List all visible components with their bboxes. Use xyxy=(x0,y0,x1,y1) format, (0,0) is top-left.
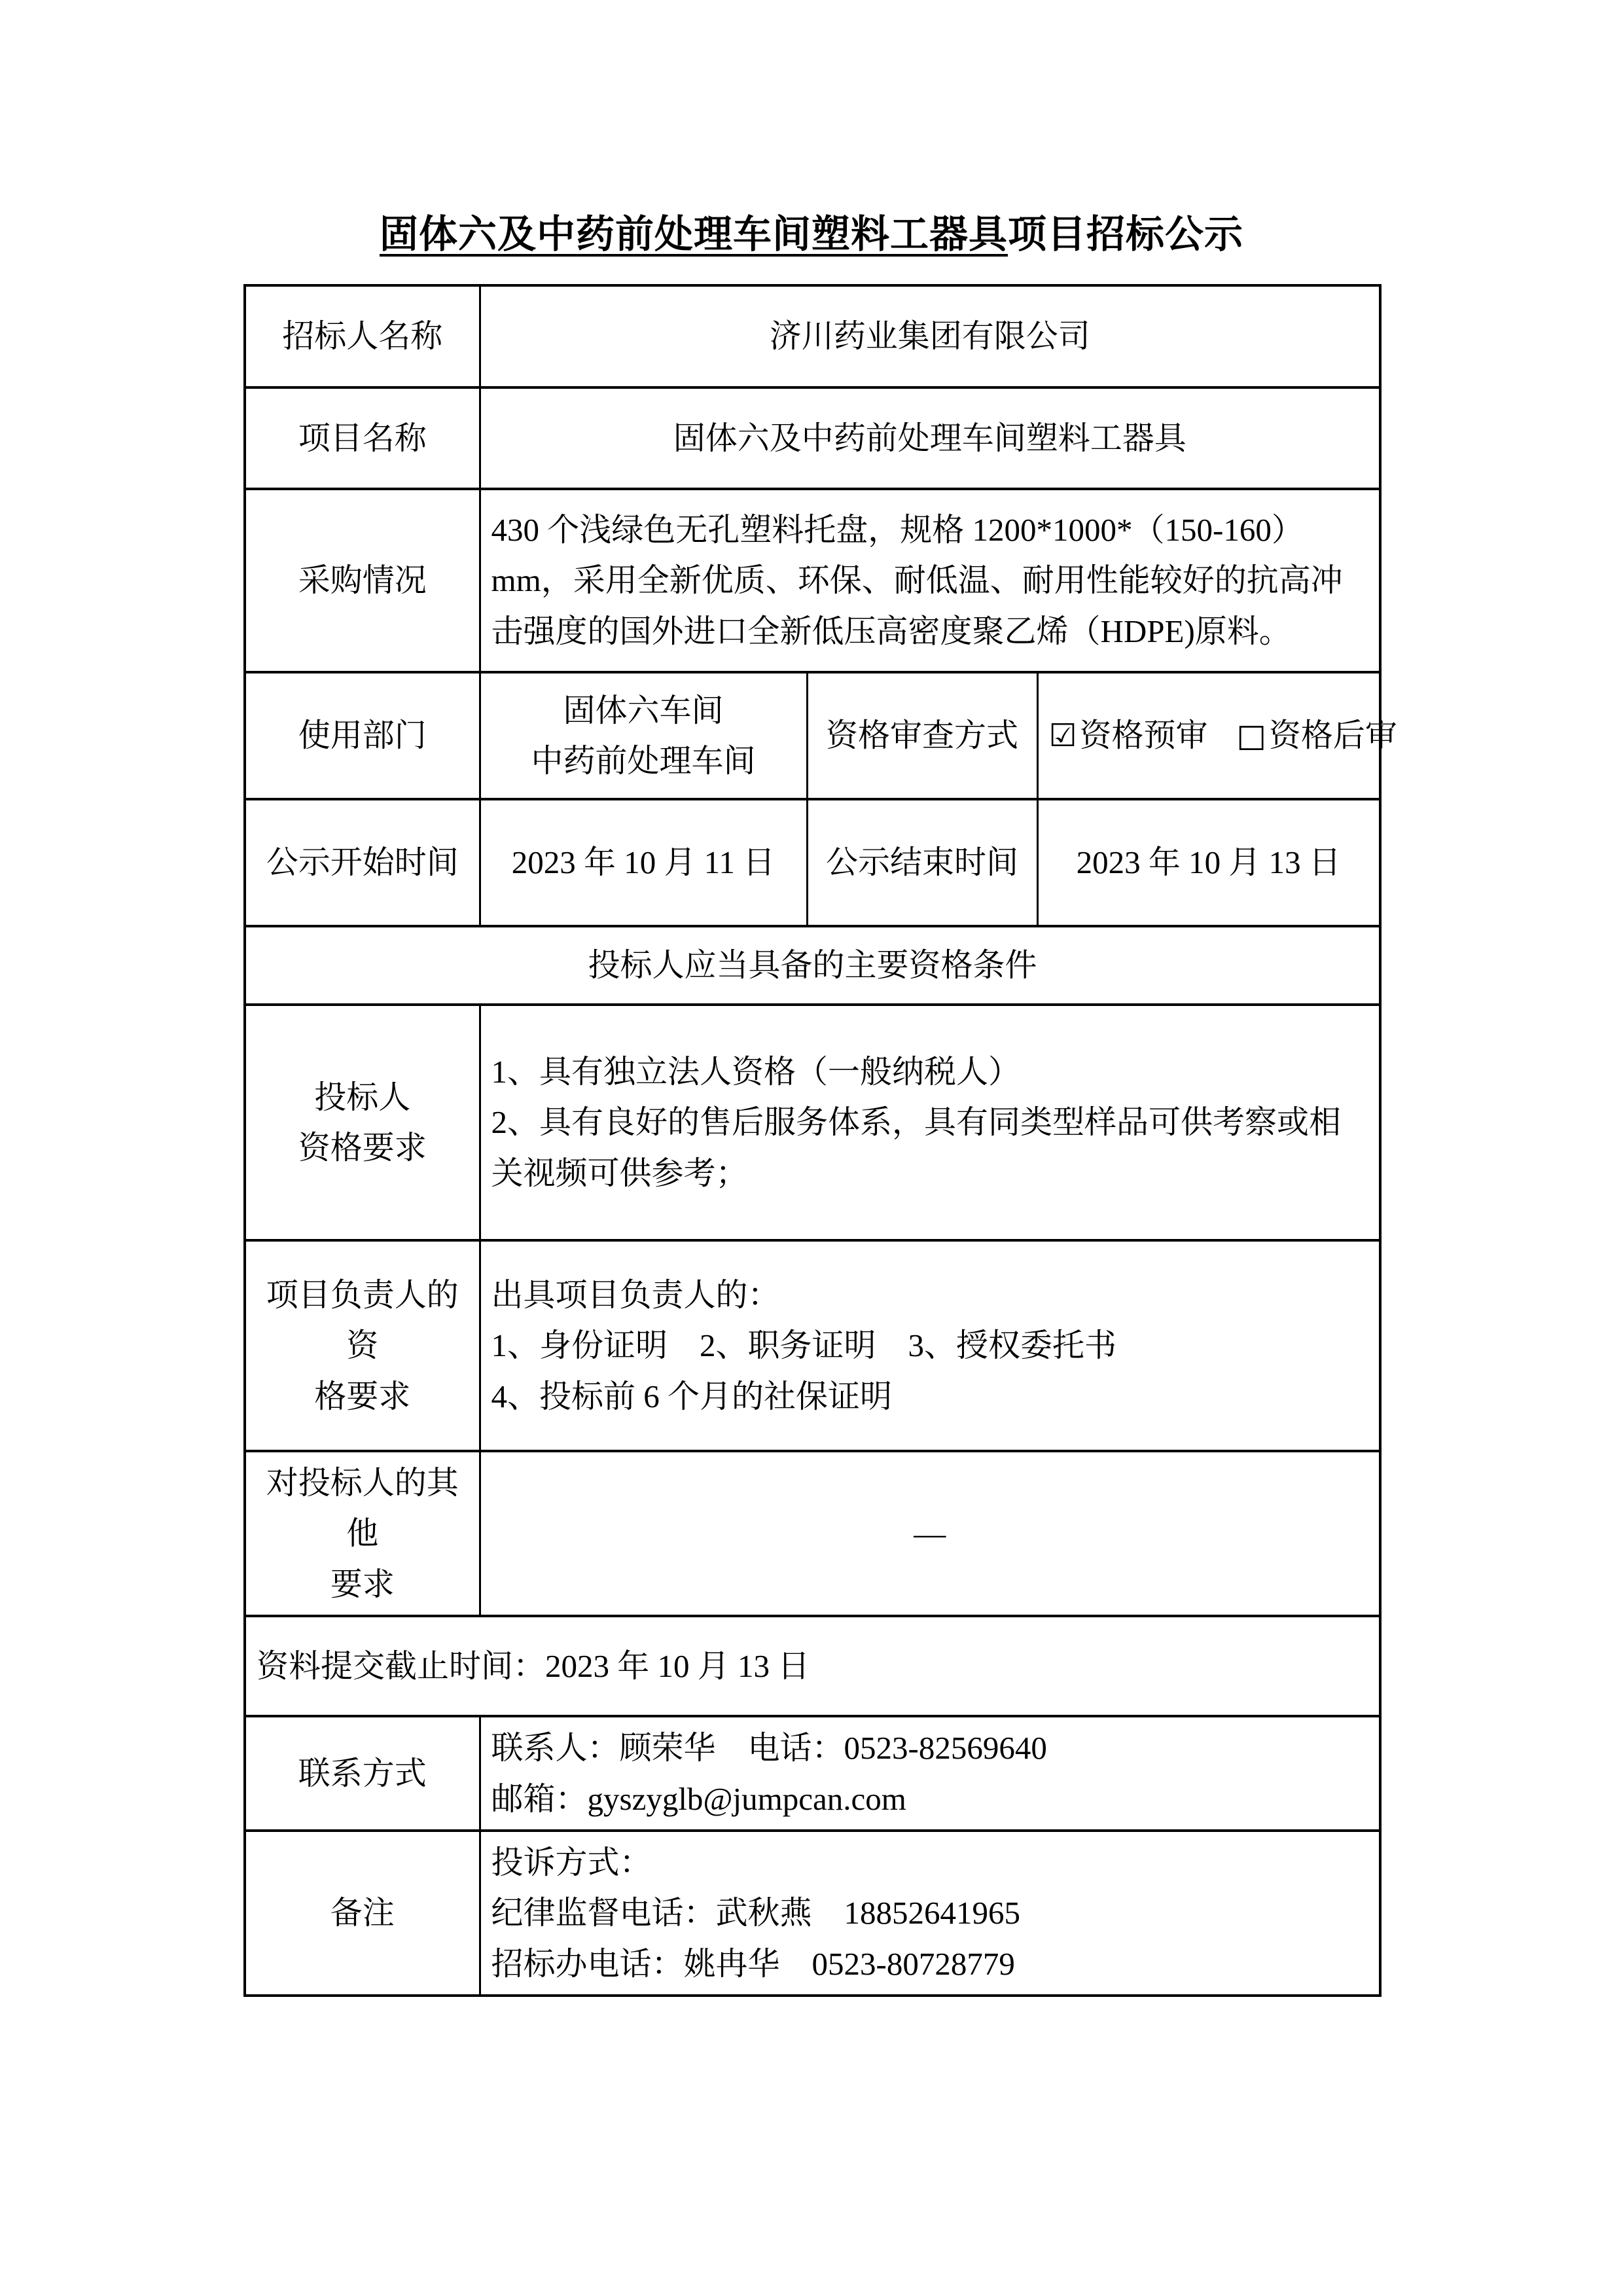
bidder-name-value: 济川药业集团有限公司 xyxy=(480,285,1380,387)
project-name-row: 项目名称 固体六及中药前处理车间塑料工器具 xyxy=(245,387,1380,489)
announcement-table: 招标人名称 济川药业集团有限公司 项目名称 固体六及中药前处理车间塑料工器具 采… xyxy=(243,284,1382,1997)
bidder-name-row: 招标人名称 济川药业集团有限公司 xyxy=(245,285,1380,387)
remarks-value: 投诉方式： 纪律监督电话：武秋燕 18852641965 招标办电话：姚冉华 0… xyxy=(480,1831,1380,1996)
page-title-underlined-part: 固体六及中药前处理车间塑料工器具 xyxy=(380,213,1008,256)
bidder-name-label: 招标人名称 xyxy=(245,285,480,387)
department-review-row: 使用部门 固体六车间 中药前处理车间 资格审查方式 ☑资格预审□资格后审 xyxy=(245,672,1380,799)
publicity-end-value: 2023 年 10 月 13 日 xyxy=(1037,799,1380,926)
pre-review-label: 资格预审 xyxy=(1080,717,1208,753)
procurement-label: 采购情况 xyxy=(245,489,480,672)
pre-review-option: ☑资格预审 xyxy=(1049,710,1208,761)
project-name-value: 固体六及中药前处理车间塑料工器具 xyxy=(480,387,1380,489)
unchecked-checkbox-icon: □ xyxy=(1237,717,1266,754)
department-label: 使用部门 xyxy=(245,672,480,799)
other-requirements-value: — xyxy=(480,1451,1380,1616)
other-requirements-label: 对投标人的其他 要求 xyxy=(245,1451,480,1616)
qualification-header: 投标人应当具备的主要资格条件 xyxy=(245,926,1380,1005)
page-title-rest-part: 项目招标公示 xyxy=(1008,213,1243,256)
bidder-qualification-row: 投标人 资格要求 1、具有独立法人资格（一般纳税人） 2、具有良好的售后服务体系… xyxy=(245,1005,1380,1240)
pm-qualification-label: 项目负责人的资 格要求 xyxy=(245,1240,480,1451)
deadline-row: 资料提交截止时间：2023 年 10 月 13 日 xyxy=(245,1616,1380,1716)
procurement-value: 430 个浅绿色无孔塑料托盘，规格 1200*1000*（150-160）mm，… xyxy=(480,489,1380,672)
remarks-row: 备注 投诉方式： 纪律监督电话：武秋燕 18852641965 招标办电话：姚冉… xyxy=(245,1831,1380,1996)
checked-checkbox-icon: ☑ xyxy=(1049,717,1077,754)
contact-label: 联系方式 xyxy=(245,1716,480,1831)
post-review-label: 资格后审 xyxy=(1269,717,1397,753)
publicity-end-label: 公示结束时间 xyxy=(807,799,1037,926)
publicity-start-label: 公示开始时间 xyxy=(245,799,480,926)
other-requirements-row: 对投标人的其他 要求 — xyxy=(245,1451,1380,1616)
page-title: 固体六及中药前处理车间塑料工器具项目招标公示 xyxy=(0,209,1623,260)
department-value: 固体六车间 中药前处理车间 xyxy=(480,672,807,799)
qualification-header-row: 投标人应当具备的主要资格条件 xyxy=(245,926,1380,1005)
publicity-dates-row: 公示开始时间 2023 年 10 月 11 日 公示结束时间 2023 年 10… xyxy=(245,799,1380,926)
procurement-row: 采购情况 430 个浅绿色无孔塑料托盘，规格 1200*1000*（150-16… xyxy=(245,489,1380,672)
project-name-label: 项目名称 xyxy=(245,387,480,489)
pm-qualification-row: 项目负责人的资 格要求 出具项目负责人的： 1、身份证明 2、职务证明 3、授权… xyxy=(245,1240,1380,1451)
review-method-options: ☑资格预审□资格后审 xyxy=(1037,672,1380,799)
deadline-value: 资料提交截止时间：2023 年 10 月 13 日 xyxy=(245,1616,1380,1716)
post-review-option: □资格后审 xyxy=(1237,710,1397,761)
publicity-start-value: 2023 年 10 月 11 日 xyxy=(480,799,807,926)
review-method-label: 资格审查方式 xyxy=(807,672,1037,799)
pm-qualification-value: 出具项目负责人的： 1、身份证明 2、职务证明 3、授权委托书 4、投标前 6 … xyxy=(480,1240,1380,1451)
contact-value: 联系人：顾荣华 电话：0523-82569640 邮箱：gyszyglb@jum… xyxy=(480,1716,1380,1831)
bidder-qualification-label: 投标人 资格要求 xyxy=(245,1005,480,1240)
bidder-qualification-value: 1、具有独立法人资格（一般纳税人） 2、具有良好的售后服务体系，具有同类型样品可… xyxy=(480,1005,1380,1240)
remarks-label: 备注 xyxy=(245,1831,480,1996)
contact-row: 联系方式 联系人：顾荣华 电话：0523-82569640 邮箱：gyszygl… xyxy=(245,1716,1380,1831)
